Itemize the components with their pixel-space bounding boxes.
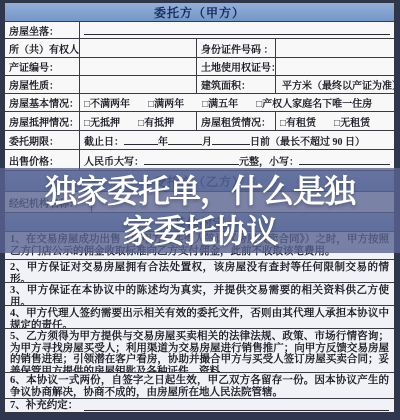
- term-item-2-text: 2、甲方保证对交易房屋拥有合法处置权，该房屋没有查封等任何限制交易的情形。: [5, 260, 394, 282]
- term-day-blank: [212, 135, 250, 145]
- price-daxie-label: 人民币大写：: [84, 153, 144, 168]
- row-owner: 所（共）有权人： 身份证件号码 ：: [5, 39, 394, 58]
- cert-number-field: [79, 58, 196, 75]
- row-term: 委托期限： 截止日： 年 月 日前（最长不超过 90 日）: [5, 131, 394, 150]
- row-address: 房屋坐落：: [5, 22, 394, 39]
- owner-field: [79, 39, 196, 57]
- area-label: 建筑面积：: [196, 76, 275, 93]
- area-field: 平方米（最终以产证为准）: [275, 76, 394, 93]
- overlay-title-line2: 家委托协议: [122, 211, 277, 251]
- term-item-4-text: 4、甲方代理人签约需要出示相关有效的委托文件，否则由其代理人承担本协议中规定的责…: [5, 306, 394, 328]
- term-month-label: 月: [202, 133, 212, 148]
- row-nature: 房屋性质： 建筑面积： 平方米（最终以产证为准）: [5, 76, 394, 94]
- price-daxie-blank: [144, 155, 239, 165]
- house-nature-field: [79, 76, 196, 93]
- land-cert-field: [275, 58, 394, 75]
- term-item-7: 7、补充约定：: [5, 399, 394, 413]
- house-nature-label: 房屋性质：: [5, 76, 79, 93]
- mortgage-options: □无抵押 □有抵押: [79, 112, 196, 130]
- price-field: 人民币大写： 元整，小写：: [79, 150, 394, 170]
- checkbox-has-mortgage: □有抵押: [138, 114, 174, 129]
- party-a-title: 委托方（甲方）: [154, 4, 245, 21]
- overlay-title-line1: 独家委托单，什么是独: [45, 171, 355, 211]
- lease-label: 房屋租赁情况：: [196, 112, 275, 130]
- checkbox-no-lease: □无租赁: [334, 114, 370, 129]
- term-item-3-text: 3、甲方保证在本协议中的陈述均为真实，并提供交易需要的相关资料供乙方使用。: [5, 283, 394, 305]
- watermark-overlay: 独家委托单，什么是独 家委托协议: [0, 168, 400, 253]
- row-mortgage: 房屋抵押情况： □无抵押 □有抵押 房屋租赁情况： □有租赁 □无租赁: [5, 112, 394, 131]
- area-note: 平方米（最终以产证为准）: [282, 77, 394, 92]
- checkbox-over-2yr: □满两年: [148, 95, 184, 110]
- term-suffix: 日前（最长不超过 90 日）: [250, 133, 365, 148]
- checkbox-over-5yr: □满五年: [202, 95, 238, 110]
- row-cert: 产证编号： 土地使用权证号：: [5, 58, 394, 76]
- term-item-5: 5、乙方须得为甲方提供与交易房屋买卖相关的法律法规、政策、市场行情咨询；为甲方寻…: [5, 329, 394, 373]
- address-label: 房屋坐落：: [5, 22, 79, 38]
- lease-options: □有租赁 □无租赁: [275, 112, 394, 130]
- address-blank-line: [84, 25, 390, 35]
- basic-options: □不满两年 □满两年 □满五年 □产权人家庭名下唯一住房: [79, 94, 394, 111]
- party-a-header: 委托方（甲方）: [5, 3, 394, 22]
- terms-list: 1、在交易房屋成功出售（即甲方与买受人签订《房屋买卖合同》）之时，甲方按照乙方门…: [5, 232, 394, 413]
- term-year-blank: [124, 135, 158, 145]
- term-label: 委托期限：: [5, 131, 79, 149]
- term-item-2: 2、甲方保证对交易房屋拥有合法处置权，该房屋没有查封等任何限制交易的情形。: [5, 260, 394, 283]
- term-item-6-text: 6、本协议一式两份，自签字之日起生效，甲乙双方各留存一份。因本协议产生的争议协商…: [5, 373, 394, 398]
- address-field: [79, 22, 394, 38]
- row-basic: 房屋基本情况： □不满两年 □满两年 □满五年 □产权人家庭名下唯一住房: [5, 94, 394, 112]
- id-number-label: 身份证件号码 ：: [196, 39, 275, 57]
- term-item-6: 6、本协议一式两份，自签字之日起生效，甲乙双方各留存一份。因本协议产生的争议协商…: [5, 373, 394, 399]
- price-label: 出售价格：: [5, 150, 79, 170]
- term-month-blank: [168, 135, 202, 145]
- price-mid-label: 元整，小写：: [239, 153, 299, 168]
- document-frame: 委托方（甲方） 房屋坐落： 所（共）有权人： 身份证件号码 ： 产证编号： 土地…: [0, 0, 400, 420]
- checkbox-has-lease: □有租赁: [280, 114, 316, 129]
- mortgage-label: 房屋抵押情况：: [5, 112, 79, 130]
- owner-label: 所（共）有权人：: [5, 39, 79, 57]
- term-item-7-label: 7、补充约定：: [10, 400, 78, 412]
- id-number-field: [275, 39, 394, 57]
- term-item-5-text: 5、乙方须得为甲方提供与交易房屋买卖相关的法律法规、政策、市场行情咨询；为甲方寻…: [5, 329, 394, 372]
- bottom-navy-bar: [0, 413, 400, 420]
- supplement-blank-line: [84, 401, 389, 411]
- price-xiaoxie-blank: [299, 155, 390, 165]
- cert-number-label: 产证编号：: [5, 58, 79, 75]
- land-cert-label: 土地使用权证号：: [196, 58, 275, 75]
- term-prefix: 截止日：: [84, 133, 124, 148]
- checkbox-under-2yr: □不满两年: [84, 95, 130, 110]
- term-item-4: 4、甲方代理人签约需要出示相关有效的委托文件，否则由其代理人承担本协议中规定的责…: [5, 306, 394, 329]
- term-item-3: 3、甲方保证在本协议中的陈述均为真实，并提供交易需要的相关资料供乙方使用。: [5, 283, 394, 306]
- checkbox-no-mortgage: □无抵押: [84, 114, 120, 129]
- term-field: 截止日： 年 月 日前（最长不超过 90 日）: [79, 131, 394, 149]
- term-item-7-row: 7、补充约定：: [5, 399, 394, 413]
- basic-info-label: 房屋基本情况：: [5, 94, 79, 111]
- term-year-label: 年: [158, 133, 168, 148]
- checkbox-only-home: □产权人家庭名下唯一住房: [256, 95, 372, 110]
